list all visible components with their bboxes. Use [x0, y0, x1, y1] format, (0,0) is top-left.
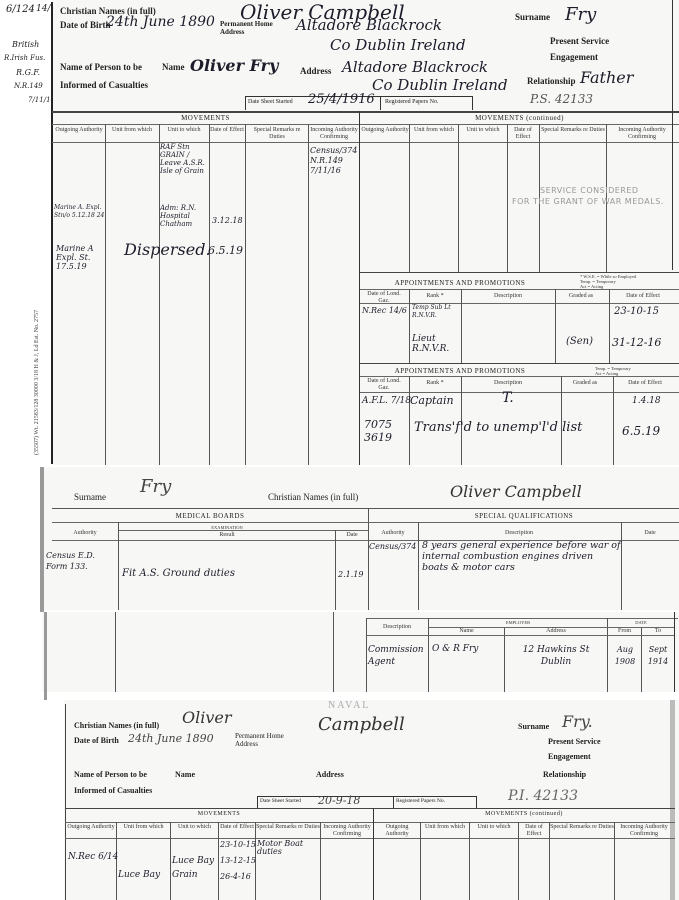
- card3-permanent-home-label: Permanent HomeAddress: [235, 732, 284, 748]
- appointments-1-title: APPOINTMENTS AND PROMOTIONS: [360, 279, 560, 287]
- employer-title: EMPLOYER: [429, 619, 607, 626]
- appt1-col-graded: Graded as: [556, 293, 606, 300]
- card3-person-informed-label-1: Name of Person to be: [74, 770, 147, 779]
- movements-continued-title: MOVEMENTS (continued): [360, 114, 679, 122]
- appt1-row-2-date: 31-12-16: [612, 336, 661, 349]
- card3-date-of-birth-label: Date of Birth: [74, 736, 119, 745]
- col-outgoing-authority: Outgoing Authority: [54, 127, 104, 134]
- home-address-line-2: Co Dublin Ireland: [330, 36, 466, 54]
- appt1-col-description: Description: [462, 293, 554, 300]
- movement-row-3-unit-from: Dispersed.: [124, 240, 211, 259]
- next-of-kin-name-value: Oliver Fry: [190, 56, 278, 75]
- next-of-kin-address-line-1: Altadore Blackrock: [342, 58, 488, 76]
- war-medals-stamp-line-2: FOR THE GRANT OF WAR MEDALS.: [512, 197, 664, 206]
- card3-present-service-label: Present Service: [548, 737, 601, 746]
- medical-row-1-result: Fit A.S. Ground duties: [122, 568, 235, 579]
- appt1-row-2-rank: Lieut R.N.V.R.: [412, 334, 460, 354]
- col-date-effect: Date of Effect: [210, 127, 244, 134]
- card3-date-sheet-started-label: Date Sheet Started: [260, 798, 301, 804]
- appt2-row-1-description: T.: [502, 390, 514, 406]
- col-cont-unit-to: Unit to which: [459, 127, 507, 134]
- employment-date-title: DATE: [608, 619, 674, 626]
- col-unit-from: Unit from which: [106, 127, 158, 134]
- employment-row-1-address: 12 Hawkins St Dublin: [508, 644, 604, 668]
- permanent-home-label: Permanent HomeAddress: [220, 20, 273, 36]
- card3-registered-papers-value: P.I. 42133: [508, 788, 578, 804]
- print-code: (35507) Wt. 21583/128 30000 3/18 H & J, …: [34, 310, 40, 455]
- movement-row-3-outgoing: Marine A Expl. St. 17.5.19: [56, 244, 108, 271]
- card3-cont-col-unit-to: Unit to which: [470, 824, 518, 831]
- card3-movements-title: MOVEMENTS: [66, 811, 372, 817]
- employment-row-1-to: Sept 1914: [643, 644, 673, 668]
- movement-row-3-date: 6.5.19: [208, 244, 243, 257]
- medical-boards-title: MEDICAL BOARDS: [52, 512, 368, 520]
- card3-col-outgoing: Outgoing Authority: [66, 824, 116, 831]
- date-sheet-started-label: Date Sheet Started: [248, 99, 293, 105]
- medical-col-authority: Authority: [52, 530, 118, 537]
- card3-date-of-birth-value: 24th June 1890: [128, 732, 214, 745]
- card3-cont-col-incoming: Incoming Authority Confirming: [615, 824, 673, 838]
- col-incoming-authority: Incoming Authority Confirming: [309, 127, 359, 141]
- service-record-page: 6/124 14/11 British R.Irish Fus. R.G.F. …: [0, 0, 679, 900]
- card3-col-unit-from: Unit from which: [117, 824, 170, 831]
- appt1-col-rank: Rank *: [410, 293, 460, 300]
- card3-col-remarks: Special Remarks re Duties: [256, 824, 320, 831]
- card3-movement-row-2-outgoing: N.Rec 6/14: [68, 852, 118, 862]
- qual-row-1-description: 8 years general experience before war of…: [422, 540, 622, 573]
- appt2-col-description: Description: [462, 380, 554, 387]
- appt1-row-1-gazette: N.Rec 14/6: [362, 306, 407, 315]
- appt1-row-1-date: 23-10-15: [614, 306, 659, 317]
- card3-date-sheet-started-value: 20-9-18: [318, 794, 360, 807]
- card3-next-of-kin-name-label: Name: [175, 770, 195, 779]
- appt2-row-1-rank: Captain: [410, 394, 454, 407]
- qual-col-date: Date: [622, 530, 678, 537]
- qual-col-authority: Authority: [369, 530, 417, 537]
- qual-row-1-authority: Census/374: [369, 542, 416, 551]
- margin-note-4: N.R.149: [14, 82, 43, 90]
- employment-row-1-name: O & R Fry: [432, 644, 478, 654]
- medical-row-1-date: 2.1.19: [338, 570, 363, 579]
- relationship-value: Father: [580, 68, 633, 87]
- appointments-1-legend: * W.S.E. = While so Employed Temp. = Tem…: [580, 274, 636, 289]
- card3-movement-row-1-date: 23-10-15: [220, 840, 256, 849]
- appt2-row-1-gazette: A.F.L. 7/18: [362, 396, 411, 406]
- card3-home-address-value: Campbell: [318, 714, 405, 735]
- card2-christian-names-label: Christian Names (in full): [268, 492, 358, 502]
- employment-col-from: From: [608, 628, 641, 635]
- appt2-row-1-date: 1.4.18: [632, 396, 661, 406]
- card3-christian-names-value: Oliver: [182, 708, 232, 727]
- medical-row-1-authority: Census E.D. Form 133.: [46, 550, 116, 572]
- card3-movement-row-1-remarks: Motor Boat duties: [257, 840, 321, 856]
- card3-registered-papers-label: Registered Papers No.: [396, 798, 445, 804]
- employment-col-name: Name: [429, 628, 504, 635]
- card3-cont-col-outgoing: Outgoing Authority: [374, 824, 420, 838]
- war-medals-stamp-line-1: SERVICE CONSIDERED: [540, 186, 639, 195]
- naval-stamp: NAVAL: [328, 700, 370, 711]
- special-qualifications-title: SPECIAL QUALIFICATIONS: [369, 512, 679, 520]
- card3-movement-row-2-date: 13-12-15: [220, 856, 256, 865]
- col-cont-remarks: Special Remarks re Duties: [540, 127, 606, 134]
- date-sheet-started-value: 25/4/1916: [308, 92, 375, 107]
- surname-value: Fry: [565, 4, 596, 25]
- col-unit-to: Unit to which: [160, 127, 208, 134]
- employment-row-1-from: Aug 1908: [610, 644, 640, 668]
- employment-col-description: Description: [367, 624, 427, 631]
- card2-surname-label: Surname: [74, 492, 106, 502]
- appt2-col-date: Date of Effect: [614, 380, 676, 387]
- card3-movement-row-3-date: 26-4-16: [220, 872, 251, 881]
- appointments-2-legend: Temp. = Temporary Act = Acting: [595, 366, 631, 376]
- engagement-label: Engagement: [550, 52, 598, 62]
- card3-christian-names-label: Christian Names (in full): [74, 721, 159, 730]
- card3-next-of-kin-address-label: Address: [316, 770, 344, 779]
- qual-col-description: Description: [419, 530, 619, 537]
- col-cont-date: Date of Effect: [508, 127, 538, 141]
- card1-left-border: [51, 2, 53, 464]
- card3-engagement-label: Engagement: [548, 752, 591, 761]
- medical-col-date: Date: [336, 532, 368, 539]
- appt1-col-date: Date of Effect: [610, 293, 676, 300]
- card3-surname-label: Surname: [518, 722, 549, 731]
- card3-col-unit-to: Unit to which: [171, 824, 218, 831]
- appt2-row-2-date: 6.5.19: [622, 424, 660, 438]
- employment-col-to: To: [642, 628, 674, 635]
- present-service-label: Present Service: [550, 36, 609, 46]
- col-special-remarks: Special Remarks re Duties: [246, 127, 308, 141]
- movement-row-2-outgoing: Marine A. Expl. Stn/o 5.12.18 24: [54, 204, 106, 220]
- person-informed-label-2: Informed of Casualties: [60, 80, 148, 90]
- next-of-kin-address-line-2: Co Dublin Ireland: [372, 76, 508, 94]
- card2-surname-value: Fry: [140, 476, 171, 497]
- col-cont-outgoing: Outgoing Authority: [361, 127, 409, 134]
- home-address-line-1: Altadore Blackrock: [296, 16, 442, 34]
- card3-col-date: Date of Effect: [219, 824, 255, 831]
- col-cont-unit-from: Unit from which: [410, 127, 458, 134]
- card3-relationship-label: Relationship: [543, 770, 586, 779]
- col-cont-incoming: Incoming Authority Confirming: [607, 127, 677, 141]
- card3-cont-col-date: Date of Effect: [519, 824, 549, 838]
- registered-papers-label: Registered Papers No.: [385, 99, 439, 105]
- registered-papers-value: P.S. 42133: [530, 92, 593, 106]
- surname-label: Surname: [515, 12, 550, 22]
- movements-title: MOVEMENTS: [52, 114, 359, 122]
- appt2-col-gazette: Date of Lond. Gaz.: [361, 378, 407, 392]
- card3-surname-value: Fry.: [562, 712, 593, 731]
- date-of-birth-label: Date of Birth: [60, 20, 111, 30]
- margin-note-1: British: [12, 40, 39, 49]
- movement-row-1-incoming: Census/374 N.R.149 7/11/16: [310, 146, 360, 176]
- margin-note-2: R.Irish Fus.: [4, 54, 45, 62]
- relationship-label: Relationship: [527, 76, 576, 86]
- movement-row-2-date: 3.12.18: [212, 216, 243, 225]
- appt2-col-graded: Graded as: [556, 380, 614, 387]
- card3-cont-col-remarks: Special Remarks re Duties: [550, 824, 614, 831]
- card3-person-informed-label-2: Informed of Casualties: [74, 786, 152, 795]
- appt1-row-2-graded: (Sen): [566, 336, 593, 347]
- appointments-2-title: APPOINTMENTS AND PROMOTIONS: [360, 367, 560, 375]
- appt2-col-rank: Rank *: [410, 380, 460, 387]
- appt2-row-2-rank: Trans'f'd to unemp'l'd list: [414, 420, 582, 435]
- margin-fraction-1: 6/124: [6, 4, 35, 15]
- next-of-kin-address-label: Address: [300, 66, 331, 76]
- card2-christian-names-value: Oliver Campbell: [450, 482, 582, 501]
- employment-col-address: Address: [505, 628, 607, 635]
- medical-col-result: Result: [119, 532, 335, 539]
- appt2-row-2-gazette: 7075 3619: [364, 418, 404, 444]
- card3-movements-continued-title: MOVEMENTS (continued): [374, 811, 674, 817]
- date-of-birth-value: 24th June 1890: [106, 14, 215, 30]
- card3-cont-col-unit-from: Unit from which: [421, 824, 469, 831]
- movement-row-2-unit-to: Adm: R.N. Hospital Chatham: [160, 204, 208, 228]
- next-of-kin-name-label: Name: [162, 62, 185, 72]
- card3-movement-row-3-unit-to: Grain: [172, 870, 198, 880]
- margin-note-3: R.G.F.: [16, 68, 40, 77]
- employment-row-1-description: Commission Agent: [368, 644, 428, 668]
- appt1-row-1-rank: Temp Sub Lt R.N.V.R.: [412, 304, 460, 320]
- movement-row-1-unit-to: RAF Stn GRAIN / Leave A.S.R. Isle of Gra…: [160, 143, 208, 175]
- card3-movement-row-2-unit-to: Luce Bay: [172, 856, 214, 866]
- card3-movement-row-3-unit-from: Luce Bay: [118, 870, 160, 880]
- card3-col-incoming: Incoming Authority Confirming: [321, 824, 373, 838]
- person-informed-label-1: Name of Person to be: [60, 62, 142, 72]
